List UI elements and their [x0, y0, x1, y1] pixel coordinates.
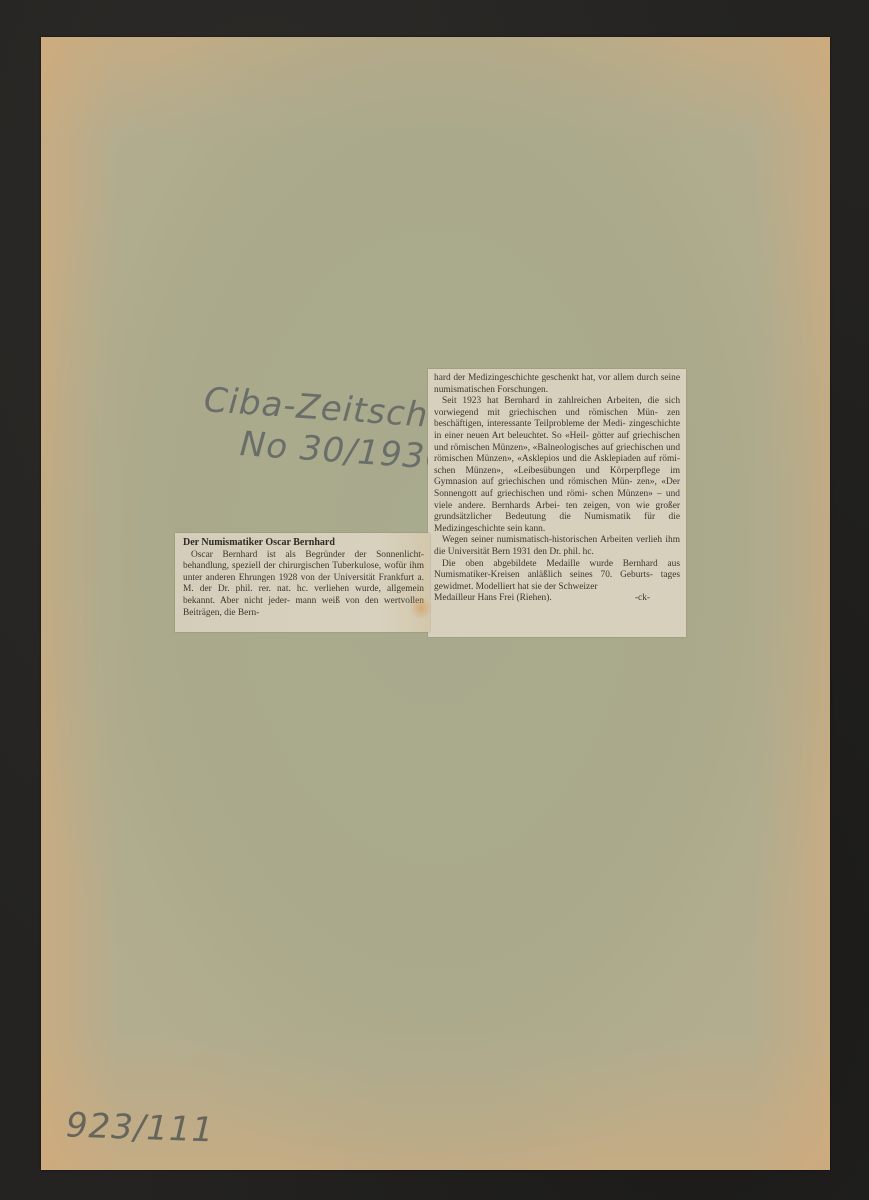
- clipping-right-column: hard der Medizingeschichte geschenkt hat…: [428, 369, 686, 637]
- clipping-paragraph-2: Seit 1923 hat Bernhard in zahlreichen Ar…: [434, 396, 680, 535]
- clipping-headline: Der Numismatiker Oscar Bernhard: [183, 537, 424, 549]
- clipping-left-column: Der Numismatiker Oscar Bernhard Oscar Be…: [175, 533, 430, 632]
- archive-number: 923/111: [65, 1105, 215, 1150]
- clipping-closing-line: Medailleur Hans Frei (Riehen). -ck-: [434, 593, 680, 605]
- clipping-left-paragraph: Oscar Bernhard ist als Begründer der Son…: [183, 550, 424, 620]
- clipping-paragraph-4: Die oben abgebildete Medaille wurde Bern…: [434, 559, 680, 594]
- clipping-paragraph-3: Wegen seiner numismatisch-historischen A…: [434, 535, 680, 558]
- author-signature: -ck-: [635, 593, 650, 605]
- clipping-last-line: Medailleur Hans Frei (Riehen).: [434, 593, 552, 605]
- clipping-paragraph-1: hard der Medizingeschichte geschenkt hat…: [434, 373, 680, 396]
